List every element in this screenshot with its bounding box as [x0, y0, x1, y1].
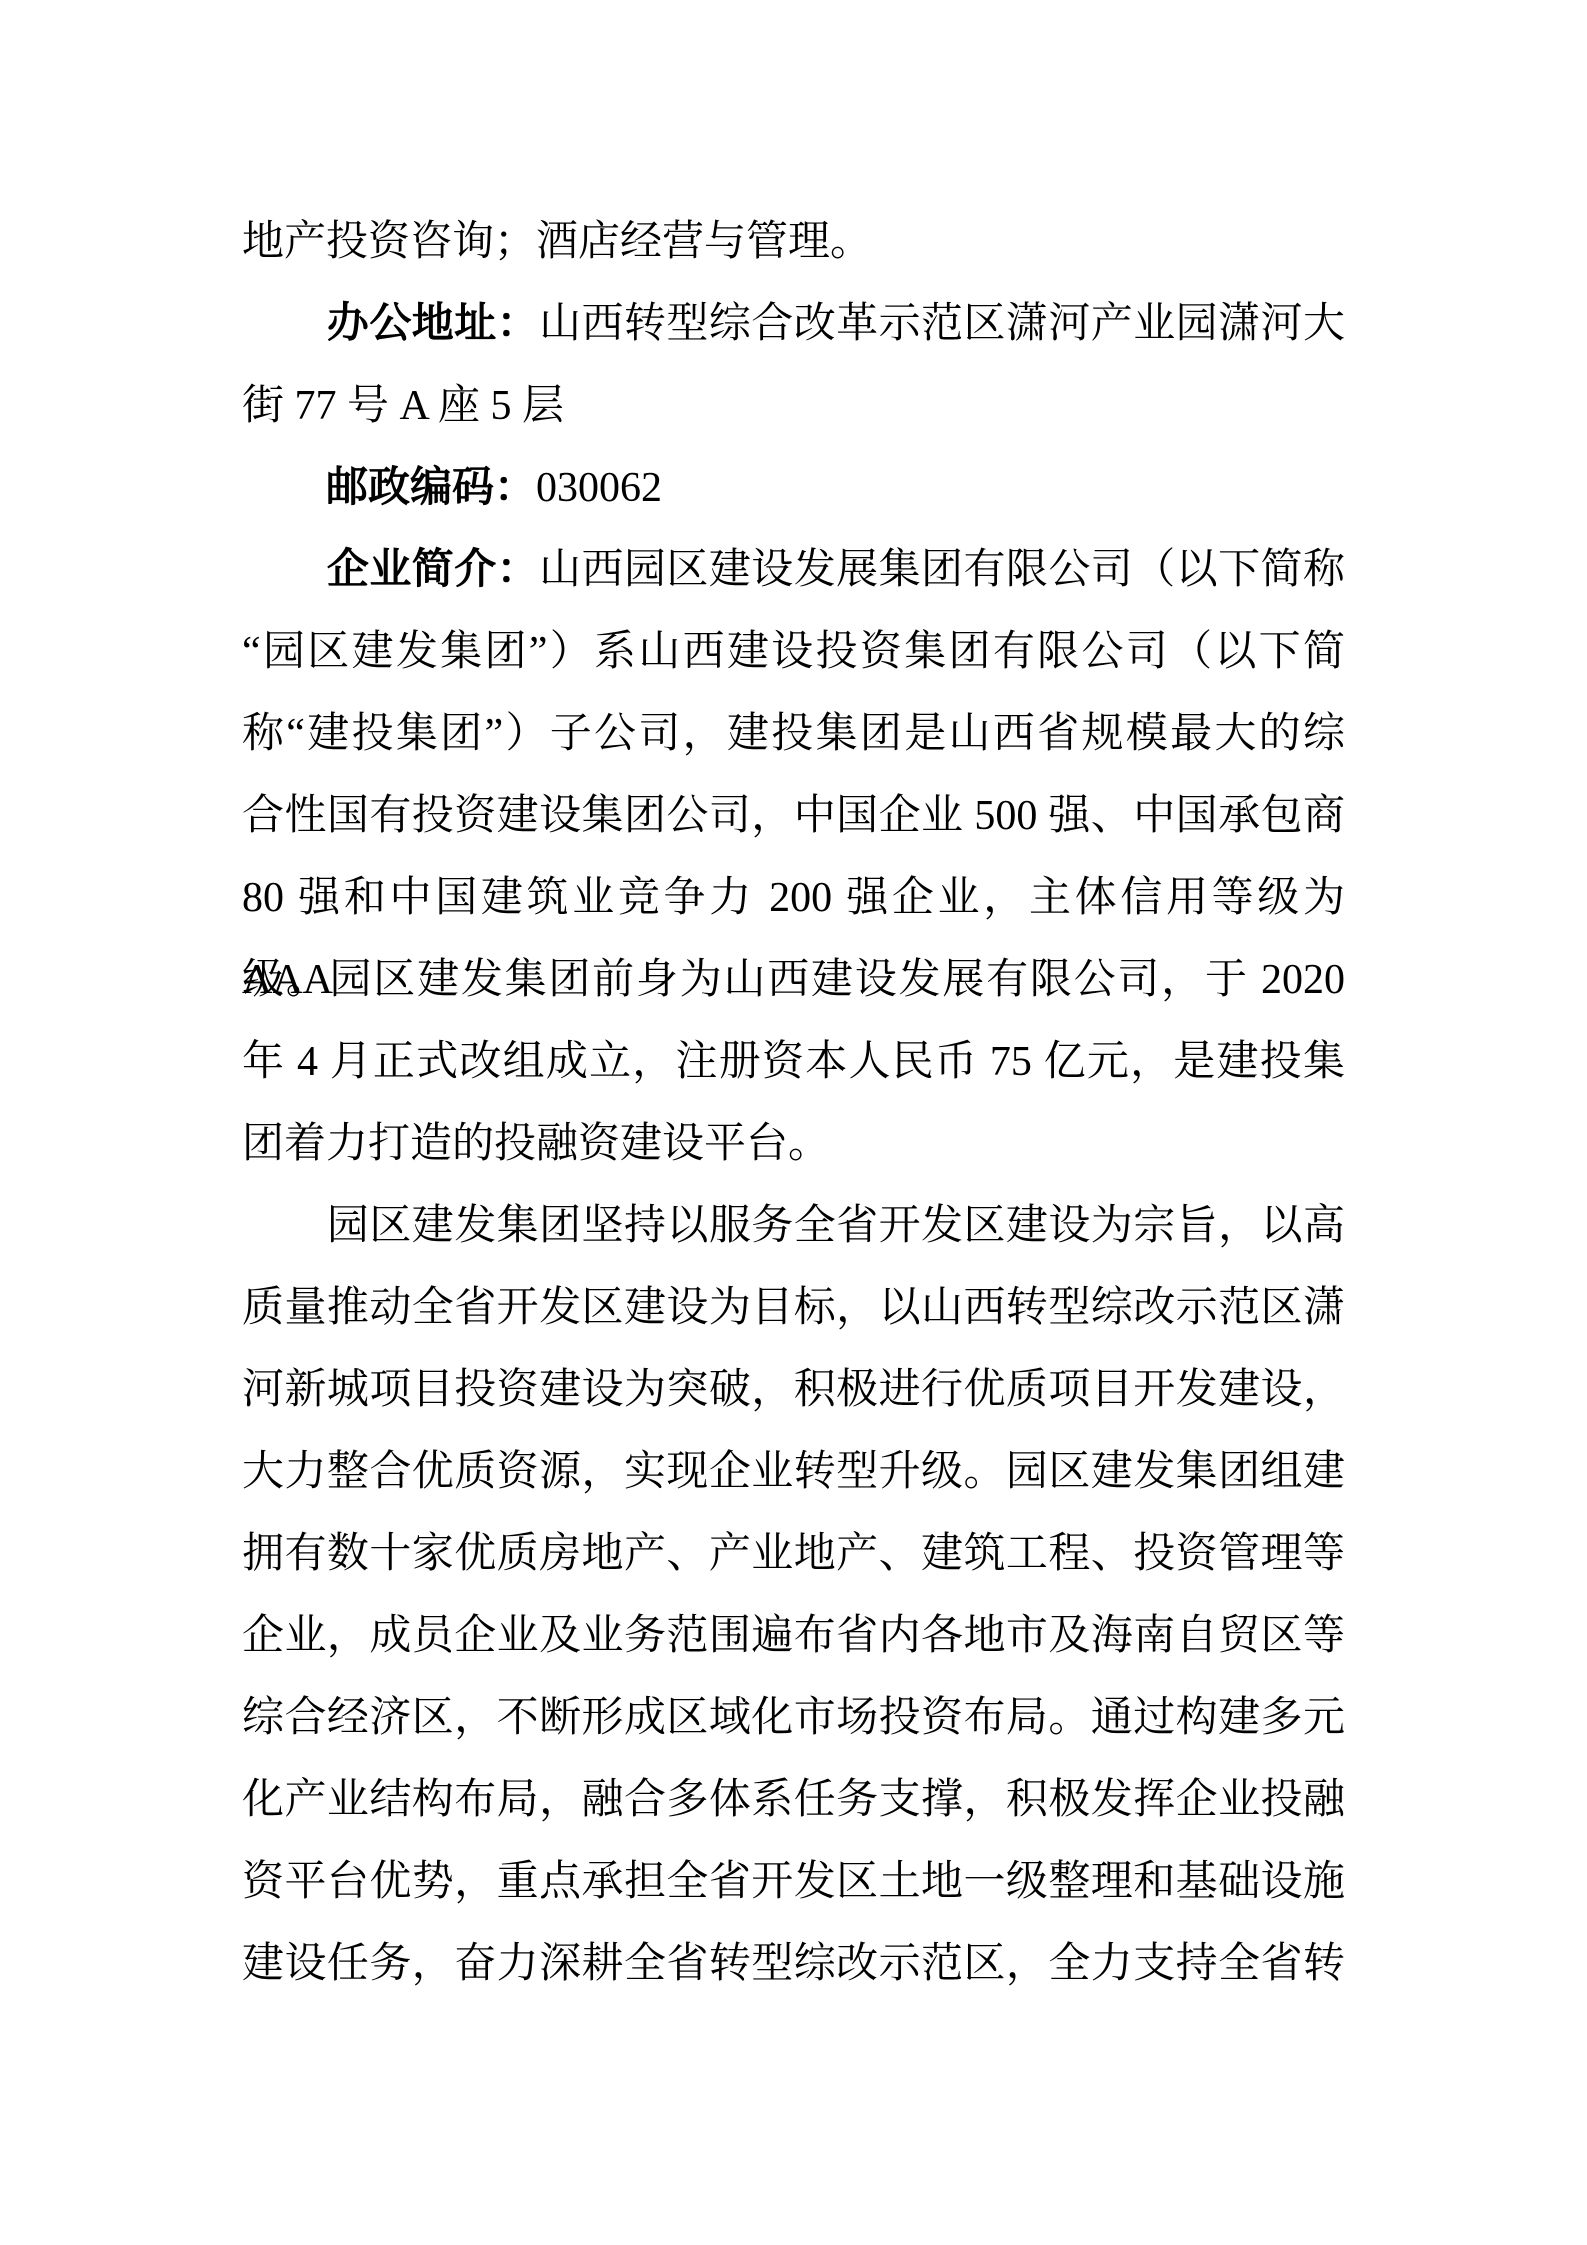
text-segment: 级。园区建发集团前身为山西建设发展有限公司，于 2020 — [242, 957, 1345, 1003]
text-segment: “园区建发集团”）系山西建设投资集团有限公司（以下简 — [242, 629, 1345, 675]
text-line: 园区建发集团坚持以服务全省开发区建设为宗旨，以高 — [242, 1185, 1345, 1267]
text-line: 80 强和中国建筑业竞争力 200 强企业，主体信用等级为 AAA — [242, 857, 1345, 939]
text-segment: 拥有数十家优质房地产、产业地产、建筑工程、投资管理等 — [242, 1531, 1345, 1577]
text-segment: 山西转型综合改革示范区潇河产业园潇河大 — [539, 301, 1345, 347]
text-segment: 团着力打造的投融资建设平台。 — [242, 1121, 830, 1167]
text-line: 年 4 月正式改组成立，注册资本人民币 75 亿元，是建投集 — [242, 1021, 1345, 1103]
text-line: 办公地址：山西转型综合改革示范区潇河产业园潇河大 — [242, 283, 1345, 365]
text-segment: 街 77 号 A 座 5 层 — [242, 383, 564, 429]
document-page: 地产投资咨询；酒店经营与管理。 办公地址：山西转型综合改革示范区潇河产业园潇河大… — [0, 0, 1587, 2245]
text-segment — [242, 547, 327, 593]
text-segment: 地产投资咨询；酒店经营与管理。 — [242, 219, 872, 265]
text-segment: 企业，成员企业及业务范围遍布省内各地市及海南自贸区等 — [242, 1613, 1345, 1659]
text-line: 企业，成员企业及业务范围遍布省内各地市及海南自贸区等 — [242, 1595, 1345, 1677]
document-body: 地产投资咨询；酒店经营与管理。 办公地址：山西转型综合改革示范区潇河产业园潇河大… — [242, 201, 1345, 2005]
text-line: 质量推动全省开发区建设为目标，以山西转型综改示范区潇 — [242, 1267, 1345, 1349]
field-label: 邮政编码： — [326, 465, 536, 511]
text-segment: 合性国有投资建设集团公司，中国企业 500 强、中国承包商 — [242, 793, 1345, 839]
text-line: 资平台优势，重点承担全省开发区土地一级整理和基础设施 — [242, 1841, 1345, 1923]
text-line: “园区建发集团”）系山西建设投资集团有限公司（以下简 — [242, 611, 1345, 693]
text-segment: 河新城项目投资建设为突破，积极进行优质项目开发建设， — [242, 1367, 1345, 1413]
text-line: 综合经济区，不断形成区域化市场投资布局。通过构建多元 — [242, 1677, 1345, 1759]
text-line: 团着力打造的投融资建设平台。 — [242, 1103, 1345, 1185]
text-line: 地产投资咨询；酒店经营与管理。 — [242, 201, 1345, 283]
text-line: 企业简介：山西园区建设发展集团有限公司（以下简称 — [242, 529, 1345, 611]
text-line: 街 77 号 A 座 5 层 — [242, 365, 1345, 447]
text-line: 化产业结构布局，融合多体系任务支撑，积极发挥企业投融 — [242, 1759, 1345, 1841]
text-line: 合性国有投资建设集团公司，中国企业 500 强、中国承包商 — [242, 775, 1345, 857]
text-line: 建设任务，奋力深耕全省转型综改示范区，全力支持全省转 — [242, 1923, 1345, 2005]
text-line: 大力整合优质资源，实现企业转型升级。园区建发集团组建 — [242, 1431, 1345, 1513]
text-segment: 园区建发集团坚持以服务全省开发区建设为宗旨，以高 — [327, 1203, 1345, 1249]
text-segment: 030062 — [536, 465, 662, 511]
text-line: 称“建投集团”）子公司，建投集团是山西省规模最大的综 — [242, 693, 1345, 775]
text-segment: 年 4 月正式改组成立，注册资本人民币 75 亿元，是建投集 — [242, 1039, 1345, 1085]
text-segment: 质量推动全省开发区建设为目标，以山西转型综改示范区潇 — [242, 1285, 1345, 1331]
text-segment: 综合经济区，不断形成区域化市场投资布局。通过构建多元 — [242, 1695, 1345, 1741]
text-segment: 山西园区建设发展集团有限公司（以下简称 — [539, 547, 1345, 593]
field-label: 企业简介： — [327, 547, 539, 593]
text-segment: 大力整合优质资源，实现企业转型升级。园区建发集团组建 — [242, 1449, 1345, 1495]
field-label: 办公地址： — [327, 301, 539, 347]
text-segment: 称“建投集团”）子公司，建投集团是山西省规模最大的综 — [242, 711, 1345, 757]
text-line: 邮政编码：030062 — [242, 447, 1345, 529]
text-segment: 建设任务，奋力深耕全省转型综改示范区，全力支持全省转 — [242, 1941, 1345, 1987]
text-segment — [242, 301, 327, 347]
text-line: 级。园区建发集团前身为山西建设发展有限公司，于 2020 — [242, 939, 1345, 1021]
text-line: 拥有数十家优质房地产、产业地产、建筑工程、投资管理等 — [242, 1513, 1345, 1595]
text-segment — [242, 1203, 327, 1249]
text-line: 河新城项目投资建设为突破，积极进行优质项目开发建设， — [242, 1349, 1345, 1431]
text-segment — [242, 465, 326, 511]
text-segment: 化产业结构布局，融合多体系任务支撑，积极发挥企业投融 — [242, 1777, 1345, 1823]
text-segment: 资平台优势，重点承担全省开发区土地一级整理和基础设施 — [242, 1859, 1345, 1905]
